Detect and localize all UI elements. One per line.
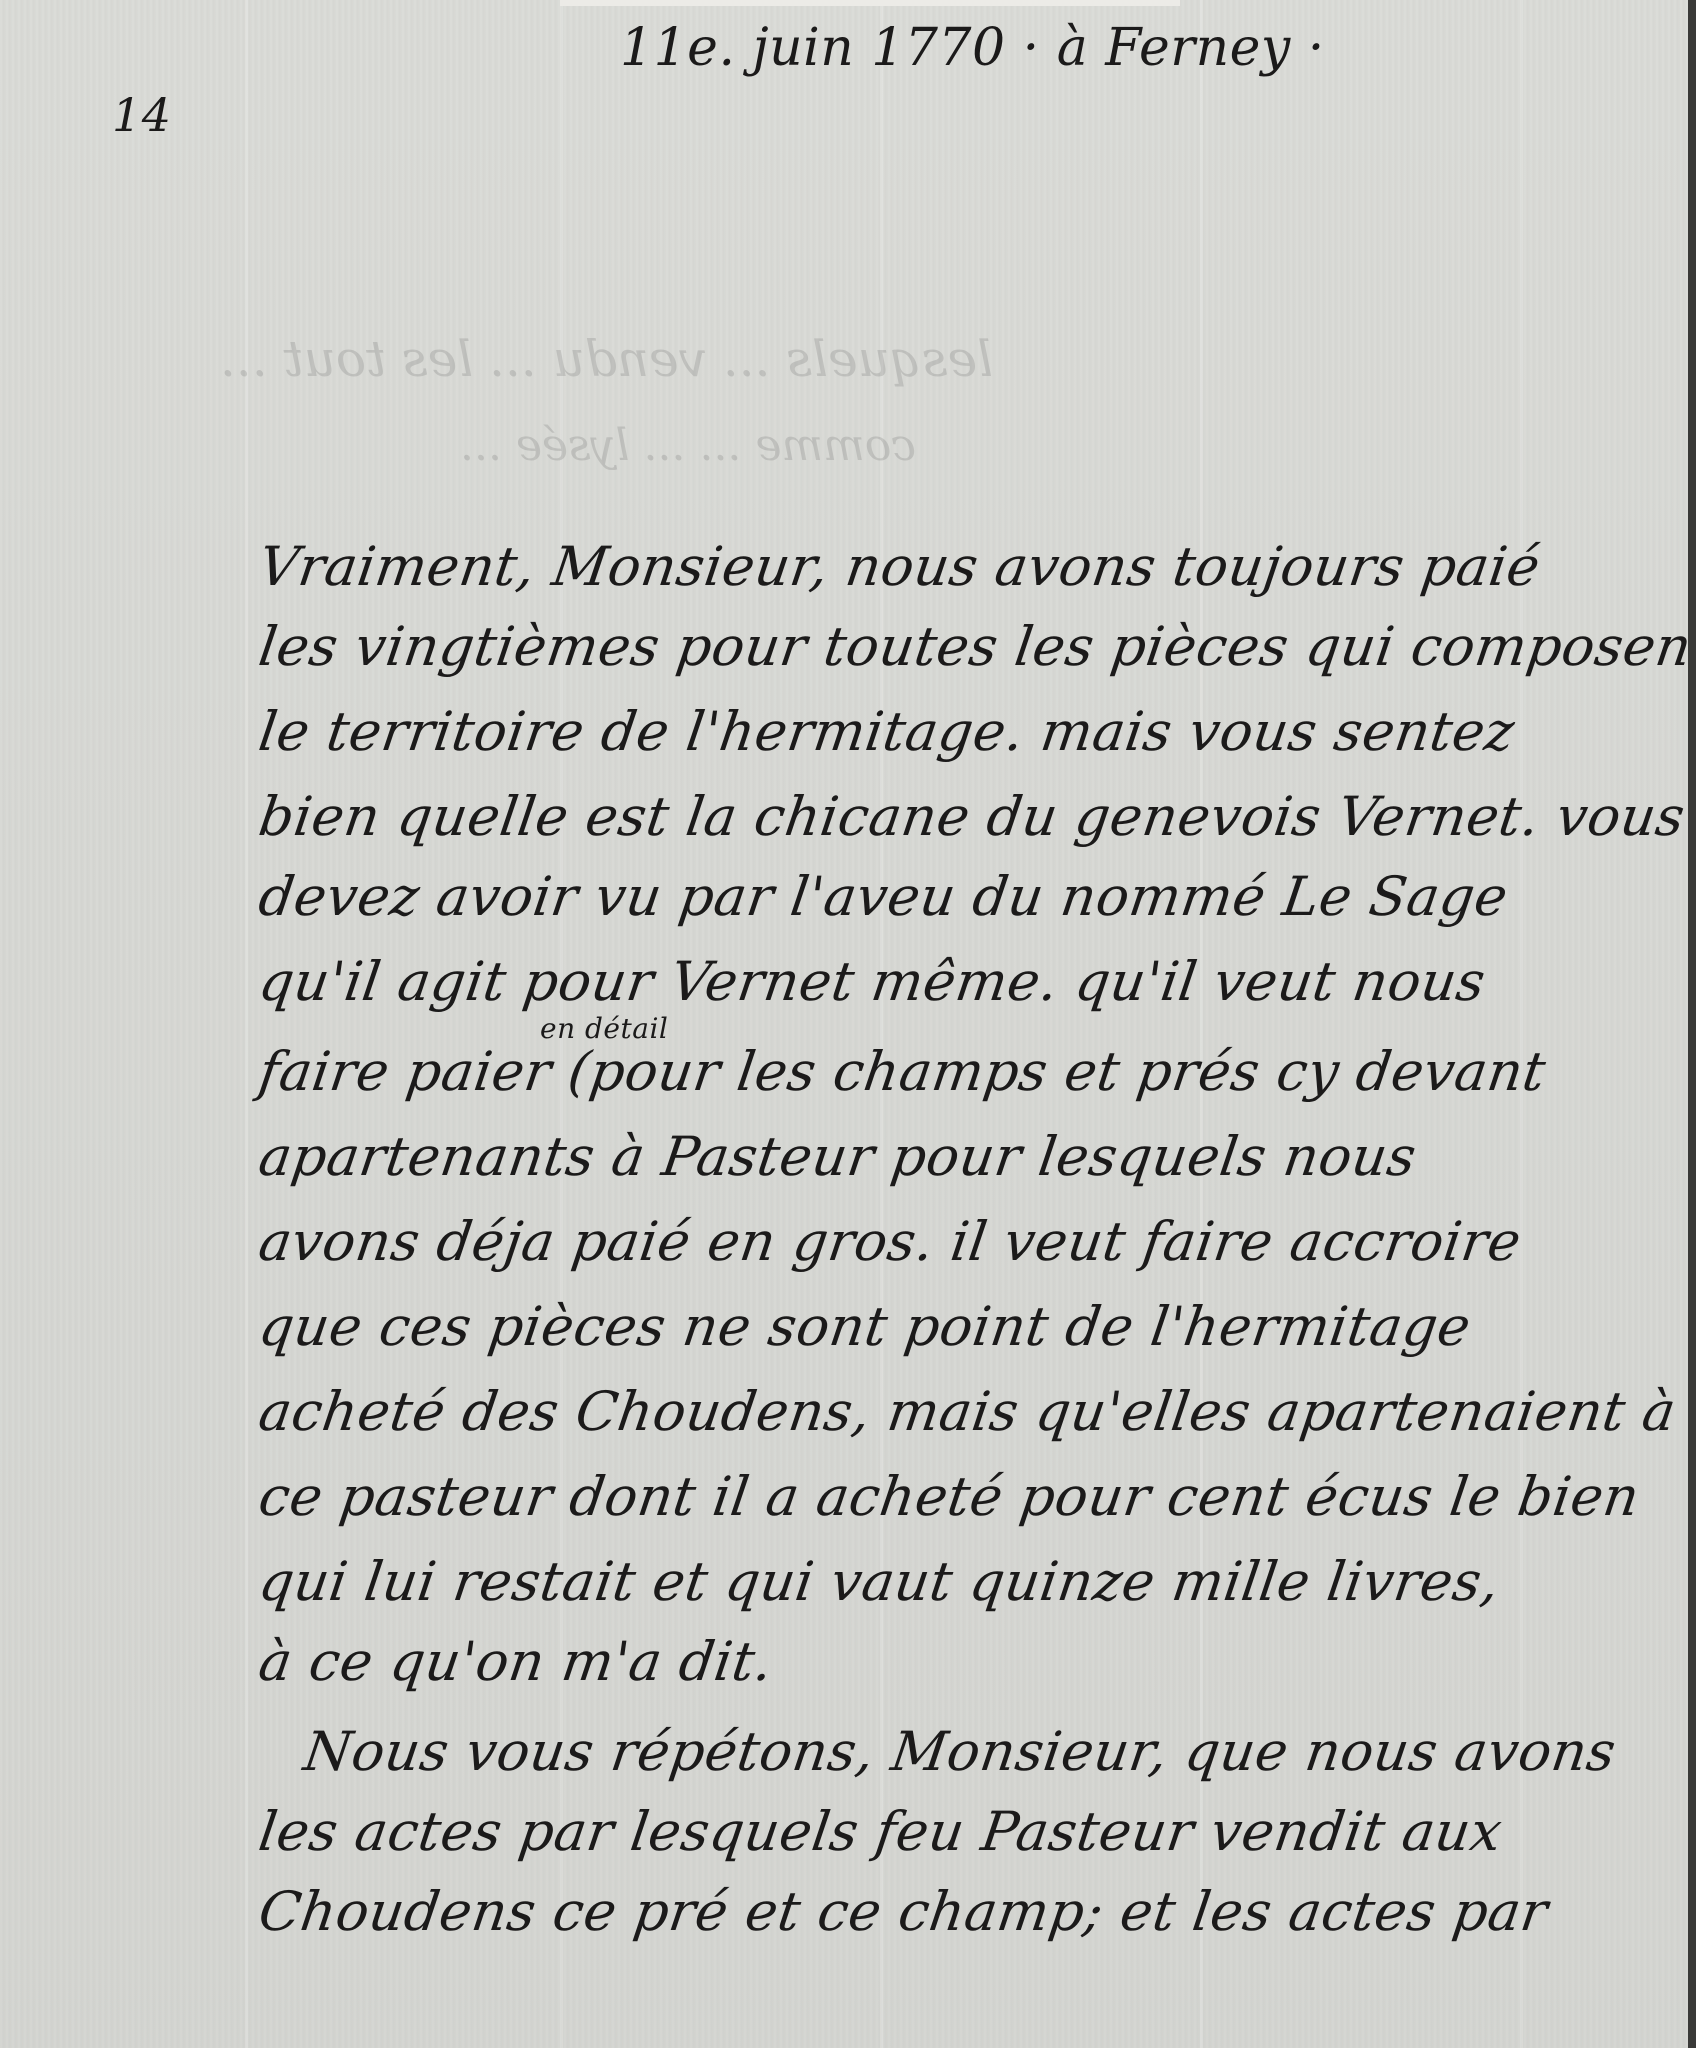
body-line: à ce qu'on m'a dit.: [255, 1630, 777, 1693]
body-line: apartenants à Pasteur pour lesquels nous: [255, 1125, 1420, 1188]
body-line: faire paier (pour les champs et prés cy …: [255, 1040, 1550, 1103]
body-line: acheté des Choudens, mais qu'elles apart…: [255, 1380, 1680, 1443]
bleed-through-text: comme ... ... lysée ...: [460, 420, 916, 471]
folio-number: 14: [112, 88, 172, 142]
page-right-edge-shadow: [1688, 0, 1696, 2048]
body-line: ce pasteur dont il a acheté pour cent éc…: [255, 1465, 1643, 1528]
body-line: Choudens ce pré et ce champ; et les acte…: [255, 1880, 1552, 1943]
body-line: qu'il agit pour Vernet même. qu'il veut …: [255, 950, 1489, 1013]
body-line: bien quelle est la chicane du genevois V…: [255, 785, 1689, 848]
body-line: Vraiment, Monsieur, nous avons toujours …: [255, 535, 1544, 598]
manuscript-page: lesquels ... vendu ... les tout ... comm…: [0, 0, 1688, 2048]
body-line: qui lui restait et qui vaut quinze mille…: [255, 1550, 1503, 1613]
body-line: avons déja paié en gros. il veut faire a…: [255, 1210, 1525, 1273]
page-top-edge: [560, 0, 1180, 6]
paper-chain-line: [245, 0, 248, 2048]
body-line: que ces pièces ne sont point de l'hermit…: [255, 1295, 1475, 1358]
body-line: les actes par lesquels feu Pasteur vendi…: [255, 1800, 1506, 1863]
body-line-paragraph-start: Nous vous répétons, Monsieur, que nous a…: [300, 1720, 1620, 1783]
bleed-through-text: lesquels ... vendu ... les tout ...: [220, 330, 993, 388]
body-line: le territoire de l'hermitage. mais vous …: [255, 700, 1519, 763]
dateline: 11e. juin 1770 · à Ferney ·: [620, 18, 1325, 78]
body-line: devez avoir vu par l'aveu du nommé Le Sa…: [255, 865, 1512, 928]
body-line: les vingtièmes pour toutes les pièces qu…: [255, 615, 1696, 678]
folio-digits: 14: [112, 88, 172, 142]
